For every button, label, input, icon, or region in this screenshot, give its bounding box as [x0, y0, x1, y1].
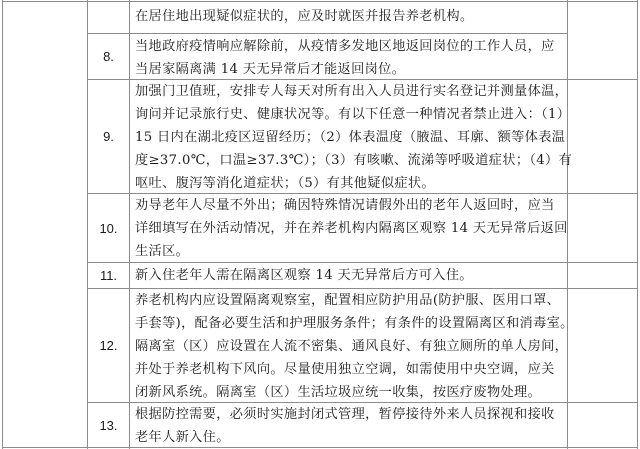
text-line: 询问并记录旅行史、健康状况等。有以下任意一种情况者禁止进入：（1） [135, 103, 565, 126]
text-line: 当居家隔离满 14 天无异常后才能返回岗位。 [135, 58, 565, 81]
text-line: 手套等)，配备必要生活和护理服务条件；有条件的设置隔离区和消毒室。 [135, 312, 565, 335]
column-divider [129, 0, 130, 449]
text-line: 呕吐、腹泻等消化道症状；（5）有其他疑似症状。 [135, 172, 565, 195]
row-text: 在居住地出现疑似症状的，应及时就医并报告养老机构。 [135, 5, 565, 28]
row-text: 加强门卫值班，安排专人每天对所有出入人员进行实名登记并测量体温， 询问并记录旅行… [135, 80, 565, 195]
row-text: 新入住老年人需在隔离区观察 14 天无异常后方可入住。 [135, 264, 565, 287]
text-line: 并处于养老机构下风向。尽量使用独立空调，如需使用中央空调，应关 [135, 358, 565, 381]
text-line: 老年人新入住。 [135, 426, 565, 449]
text-line: 15 日内在湖北疫区逗留经历；（2）体表温度（腋温、耳廓、额等体表温 [135, 126, 565, 149]
row-number: 9. [88, 80, 129, 193]
text-line: 当地政府疫情响应解除前，从疫情多发地区地返回岗位的工作人员，应 [135, 35, 565, 58]
text-line: 详细填写在外活动情况，并在养老机构内隔离区观察 14 天无异常后返回 [135, 217, 565, 240]
text-line: 度≥37.0℃，口温≥37.3℃）；（3）有咳嗽、流涕等呼吸道症状；（4）有 [135, 149, 565, 172]
row-number: 10. [88, 194, 129, 262]
text-line: 养老机构内应设置隔离观察室，配置相应防护用品(防护服、医用口罩、 [135, 289, 565, 312]
text-line: 闭新风系统。隔离室（区）生活垃圾应统一收集，按医疗废物处理。 [135, 381, 565, 404]
text-line: 劝导老年人尽量不外出；确因特殊情况请假外出的老年人返回时，应当 [135, 194, 565, 217]
row-text: 根据防控需要，必须时实施封闭式管理，暂停接待外来人员探视和接收 老年人新入住。 [135, 403, 565, 449]
text-line: 隔离室（区）应设置在人流不密集、通风良好、有独立厕所的单人房间， [135, 335, 565, 358]
text-line: 加强门卫值班，安排专人每天对所有出入人员进行实名登记并测量体温， [135, 80, 565, 103]
row-divider [87, 33, 568, 34]
row-number: 11. [88, 263, 129, 288]
table-border-right [637, 0, 638, 449]
table-border-top-left [2, 1, 88, 2]
text-line: 在居住地出现疑似症状的，应及时就医并报告养老机构。 [135, 5, 565, 28]
row-text: 劝导老年人尽量不外出；确因特殊情况请假外出的老年人返回时，应当 详细填写在外活动… [135, 194, 565, 263]
table-border-top-right [567, 1, 638, 2]
text-line: 根据防控需要，必须时实施封闭式管理，暂停接待外来人员探视和接收 [135, 403, 565, 426]
row-text: 养老机构内应设置隔离观察室，配置相应防护用品(防护服、医用口罩、 手套等)，配备… [135, 289, 565, 404]
table-border-left [2, 0, 3, 449]
row-number: 13. [88, 403, 129, 447]
document-table: 在居住地出现疑似症状的，应及时就医并报告养老机构。 8. 当地政府疫情响应解除前… [0, 0, 640, 449]
row-divider [87, 1, 568, 2]
text-line: 生活区。 [135, 240, 565, 263]
row-number: 12. [88, 289, 129, 402]
text-line: 新入住老年人需在隔离区观察 14 天无异常后方可入住。 [135, 264, 565, 287]
row-text: 当地政府疫情响应解除前，从疫情多发地区地返回岗位的工作人员，应 当居家隔离满 1… [135, 35, 565, 81]
row-number [88, 2, 129, 33]
row-number: 8. [88, 34, 129, 79]
